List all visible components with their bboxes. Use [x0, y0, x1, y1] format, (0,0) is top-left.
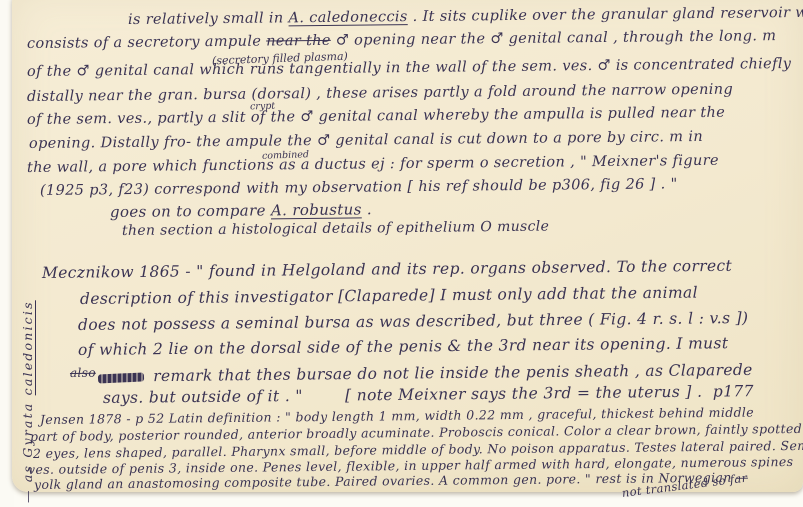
struck-out-insertion: also	[70, 366, 96, 380]
struck-out-words: near the	[266, 33, 331, 50]
margin-note-text: — as Gyrata	[20, 395, 35, 503]
line-text: consists of a secretory ampule	[27, 33, 266, 52]
line-text: .	[362, 200, 372, 218]
species-name-underlined: A. caledoneccis	[288, 9, 407, 26]
margin-note-vertical: — as Gyrata caledonicis	[20, 300, 35, 503]
margin-species-underlined: caledonicis	[20, 300, 35, 395]
line-text: is relatively small in	[128, 10, 289, 28]
scribbled-out-word	[98, 372, 144, 383]
species-name-underlined: A. robustus	[271, 200, 362, 219]
line-text: goes on to compare	[110, 201, 271, 221]
handwritten-line: goes on to compare A. robustus .	[110, 202, 372, 220]
